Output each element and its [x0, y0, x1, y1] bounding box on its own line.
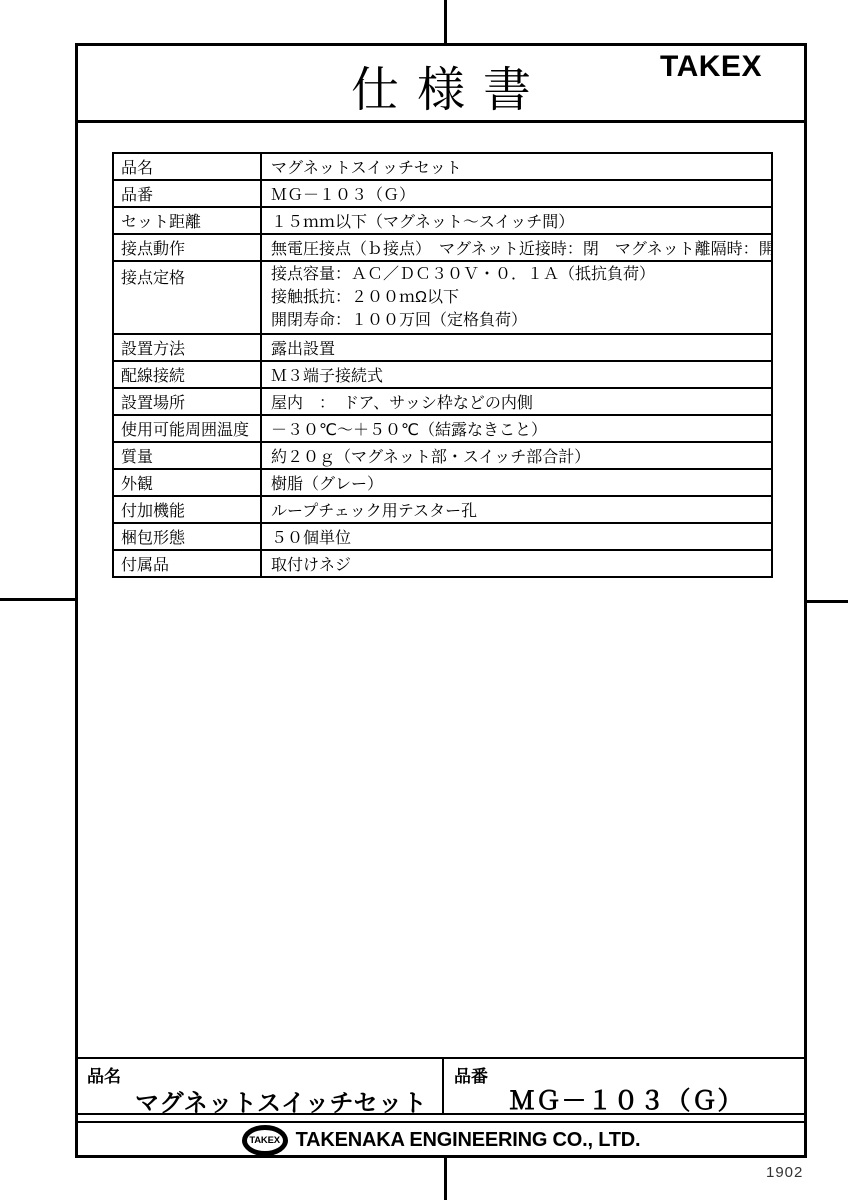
table-row: 付加機能 ループチェック用テスター孔 [113, 496, 772, 523]
trim-mark-top [444, 0, 447, 45]
spec-label: 付属品 [113, 550, 261, 577]
table-row: 配線接続 Ｍ３端子接続式 [113, 361, 772, 388]
table-row: 設置場所 屋内 ： ドア、サッシ枠などの内側 [113, 388, 772, 415]
trim-mark-bottom [444, 1156, 447, 1200]
table-row: 使用可能周囲温度 －３０℃～＋５０℃（結露なきこと） [113, 415, 772, 442]
spec-value: マグネットスイッチセット [261, 153, 772, 180]
table-row: 品番 ＭＧ－１０３（Ｇ） [113, 180, 772, 207]
title-band: 仕様書 TAKEX [75, 43, 807, 123]
table-row: 接点動作 無電圧接点（ｂ接点） マグネット近接時：閉 マグネット離隔時：開 [113, 234, 772, 261]
spec-label: 品番 [113, 180, 261, 207]
spec-label: 付加機能 [113, 496, 261, 523]
spec-label: 品名 [113, 153, 261, 180]
takex-logo-text: TAKEX [249, 1135, 280, 1146]
product-number-value: ＭＧ－１０３（Ｇ） [444, 1081, 809, 1117]
spec-label: セット距離 [113, 207, 261, 234]
company-name: TAKENAKA ENGINEERING CO., LTD. [296, 1129, 641, 1152]
spec-value: ループチェック用テスター孔 [261, 496, 772, 523]
product-summary-box: 品名 マグネットスイッチセット 品番 ＭＧ－１０３（Ｇ） [75, 1057, 807, 1115]
table-row: 接点定格 接点容量：ＡＣ／ＤＣ３０Ｖ・０．１Ａ（抵抗負荷） 接触抵抗：２００ｍΩ… [113, 261, 772, 334]
spec-value-line: 接触抵抗：２００ｍΩ以下 [271, 286, 767, 309]
spec-value-line: 開閉寿命：１００万回（定格負荷） [271, 309, 767, 332]
trim-mark-right [804, 600, 848, 603]
spec-value: ＭＧ－１０３（Ｇ） [261, 180, 772, 207]
company-bar: TAKEX TAKENAKA ENGINEERING CO., LTD. [75, 1121, 807, 1158]
spec-label: 使用可能周囲温度 [113, 415, 261, 442]
spec-table: 品名 マグネットスイッチセット 品番 ＭＧ－１０３（Ｇ） セット距離 １５ｍｍ以… [112, 152, 773, 578]
table-row: 品名 マグネットスイッチセット [113, 153, 772, 180]
spec-label: 接点定格 [113, 261, 261, 334]
spec-label: 接点動作 [113, 234, 261, 261]
product-name-label: 品名 [87, 1062, 121, 1087]
spec-value: Ｍ３端子接続式 [261, 361, 772, 388]
table-row: 梱包形態 ５０個単位 [113, 523, 772, 550]
page-number: 1902 [766, 1164, 803, 1181]
spec-value: 接点容量：ＡＣ／ＤＣ３０Ｖ・０．１Ａ（抵抗負荷） 接触抵抗：２００ｍΩ以下 開閉… [261, 261, 772, 334]
product-name-value: マグネットスイッチセット [135, 1083, 427, 1118]
spec-value: 取付けネジ [261, 550, 772, 577]
spec-value: 屋内 ： ドア、サッシ枠などの内側 [261, 388, 772, 415]
table-row: 質量 約２０ｇ（マグネット部・スイッチ部合計） [113, 442, 772, 469]
spec-value: １５ｍｍ以下（マグネット～スイッチ間） [261, 207, 772, 234]
spec-value-line: 接点容量：ＡＣ／ＤＣ３０Ｖ・０．１Ａ（抵抗負荷） [271, 263, 767, 286]
spec-label: 設置方法 [113, 334, 261, 361]
spec-value: 無電圧接点（ｂ接点） マグネット近接時：閉 マグネット離隔時：開 [261, 234, 772, 261]
spec-value: 樹脂（グレー） [261, 469, 772, 496]
spec-value: ５０個単位 [261, 523, 772, 550]
table-row: 外観 樹脂（グレー） [113, 469, 772, 496]
spec-label: 梱包形態 [113, 523, 261, 550]
table-row: 設置方法 露出設置 [113, 334, 772, 361]
spec-value: －３０℃～＋５０℃（結露なきこと） [261, 415, 772, 442]
table-row: セット距離 １５ｍｍ以下（マグネット～スイッチ間） [113, 207, 772, 234]
spec-label: 外観 [113, 469, 261, 496]
product-number-cell: 品番 ＭＧ－１０３（Ｇ） [444, 1059, 809, 1113]
spec-value: 約２０ｇ（マグネット部・スイッチ部合計） [261, 442, 772, 469]
takex-logo-icon: TAKEX [242, 1125, 288, 1156]
spec-label: 設置場所 [113, 388, 261, 415]
spec-value: 露出設置 [261, 334, 772, 361]
table-row: 付属品 取付けネジ [113, 550, 772, 577]
spec-label: 質量 [113, 442, 261, 469]
brand-logotype: TAKEX [660, 50, 762, 84]
spec-label: 配線接続 [113, 361, 261, 388]
product-name-cell: 品名 マグネットスイッチセット [77, 1059, 444, 1113]
trim-mark-left [0, 598, 78, 601]
